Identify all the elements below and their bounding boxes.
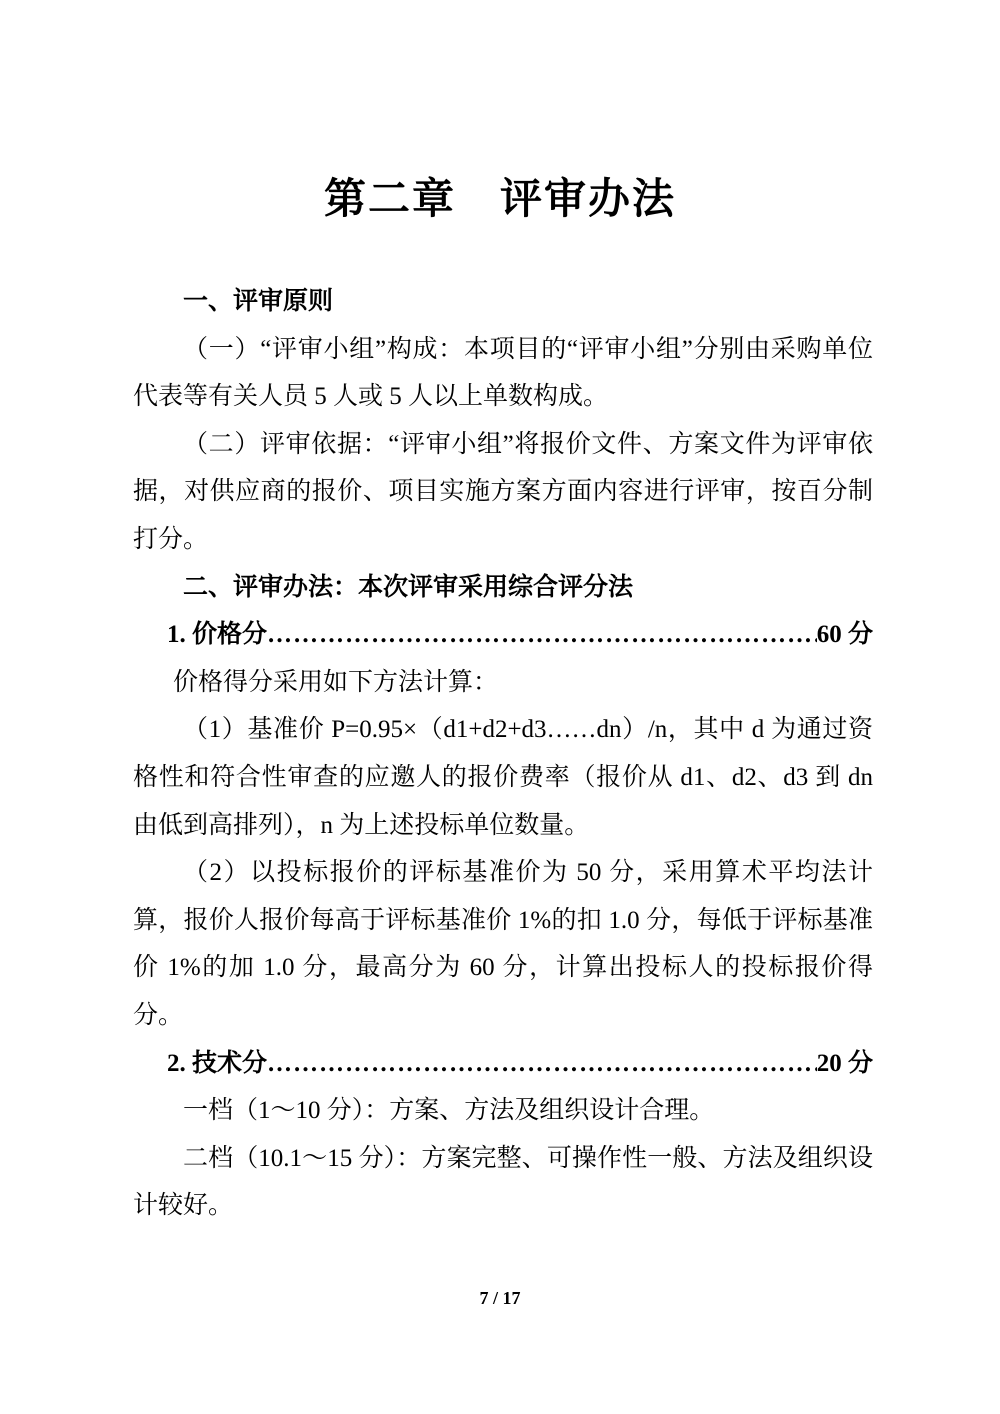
paragraph-benchmark-price-formula: （1）基准价 P=0.95×（d1+d2+d3……dn）/n，其中 d 为通过资…: [133, 706, 873, 849]
paragraph-price-scoring-rule: （2）以投标报价的评标基准价为 50 分，采用算术平均法计算，报价人报价每高于评…: [133, 849, 873, 1039]
score-line-technical-value: 20 分: [817, 1040, 873, 1088]
score-line-price-label: 1. 价格分: [167, 611, 267, 659]
section-heading-evaluation-method: 二、评审办法：本次评审采用综合评分法: [133, 564, 873, 612]
score-line-price-value: 60 分: [817, 611, 873, 659]
document-body: 一、评审原则 （一）“评审小组”构成：本项目的“评审小组”分别由采购单位代表等有…: [133, 278, 873, 1230]
paragraph-tier-two: 二档（10.1～15 分）：方案完整、可操作性一般、方法及组织设计较好。: [133, 1135, 873, 1230]
paragraph-review-group-composition: （一）“评审小组”构成：本项目的“评审小组”分别由采购单位代表等有关人员 5 人…: [133, 326, 873, 421]
paragraph-review-basis: （二）评审依据：“评审小组”将报价文件、方案文件为评审依据，对供应商的报价、项目…: [133, 421, 873, 564]
paragraph-price-score-intro: 价格得分采用如下方法计算：: [133, 659, 873, 707]
dot-leader: ………………………………………………………………………………: [267, 611, 817, 659]
document-page: 第二章 评审办法 一、评审原则 （一）“评审小组”构成：本项目的“评审小组”分别…: [0, 0, 1000, 1414]
section-heading-evaluation-principles: 一、评审原则: [133, 278, 873, 326]
score-line-price: 1. 价格分 ……………………………………………………………………………… 60…: [133, 611, 873, 659]
score-line-technical: 2. 技术分 ……………………………………………………………………………… 20…: [133, 1040, 873, 1088]
page-number: 7 / 17: [0, 1288, 1000, 1309]
dot-leader: ………………………………………………………………………………: [267, 1040, 817, 1088]
paragraph-tier-one: 一档（1～10 分）：方案、方法及组织设计合理。: [133, 1087, 873, 1135]
score-line-technical-label: 2. 技术分: [167, 1040, 267, 1088]
page-title: 第二章 评审办法: [0, 166, 1000, 226]
